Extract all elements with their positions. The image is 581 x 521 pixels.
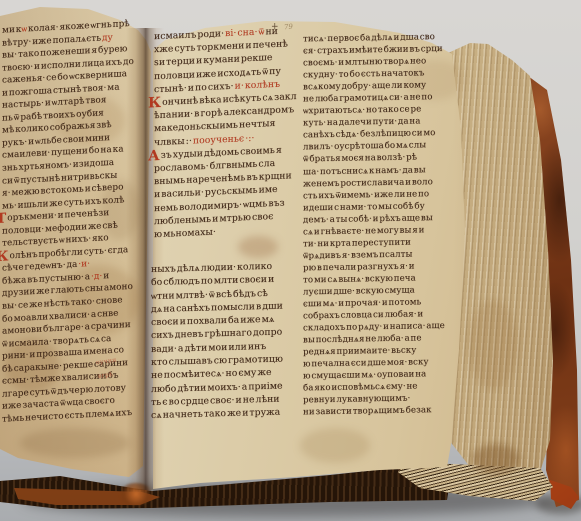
rubric-text: ·д· — [91, 271, 102, 282]
rubric-text: ві· сна· ѿ — [225, 26, 264, 39]
rubric-text: пооученьє ·:· — [193, 132, 255, 146]
erasure-smudge — [238, 236, 278, 258]
folio-number: 79 — [284, 23, 294, 32]
parchment-stain — [468, 300, 518, 390]
scribal-cross-mark: + — [271, 22, 279, 32]
parchment-stain — [300, 428, 370, 463]
right-page-column-2: тисѧ· первоє ба дѣлѧ и дша своєя· страхъ… — [303, 31, 463, 419]
rubric-text: ·и· — [78, 259, 90, 270]
rubric-text: и· колѣнъ — [235, 78, 280, 91]
rubric-text: ѡ — [21, 24, 27, 34]
right-page-column-1-upper: исмаилъ роди· ві· сна· ѿ нихже суть торк… — [154, 24, 300, 242]
parchment-stain — [20, 428, 130, 458]
rubric-text: ду — [102, 32, 113, 43]
left-page-column: ми кѡ колая· якоже ѡгнь прѣвѣтру· иже по… — [2, 17, 142, 426]
right-page-column-1-lower: ныхъ дѣлѧ людии· коликобо сблюдъ по млти… — [151, 259, 301, 422]
photograph: ми кѡ колая· якоже ѡгнь прѣвѣтру· иже по… — [0, 0, 581, 521]
parchment-stain — [472, 444, 520, 474]
